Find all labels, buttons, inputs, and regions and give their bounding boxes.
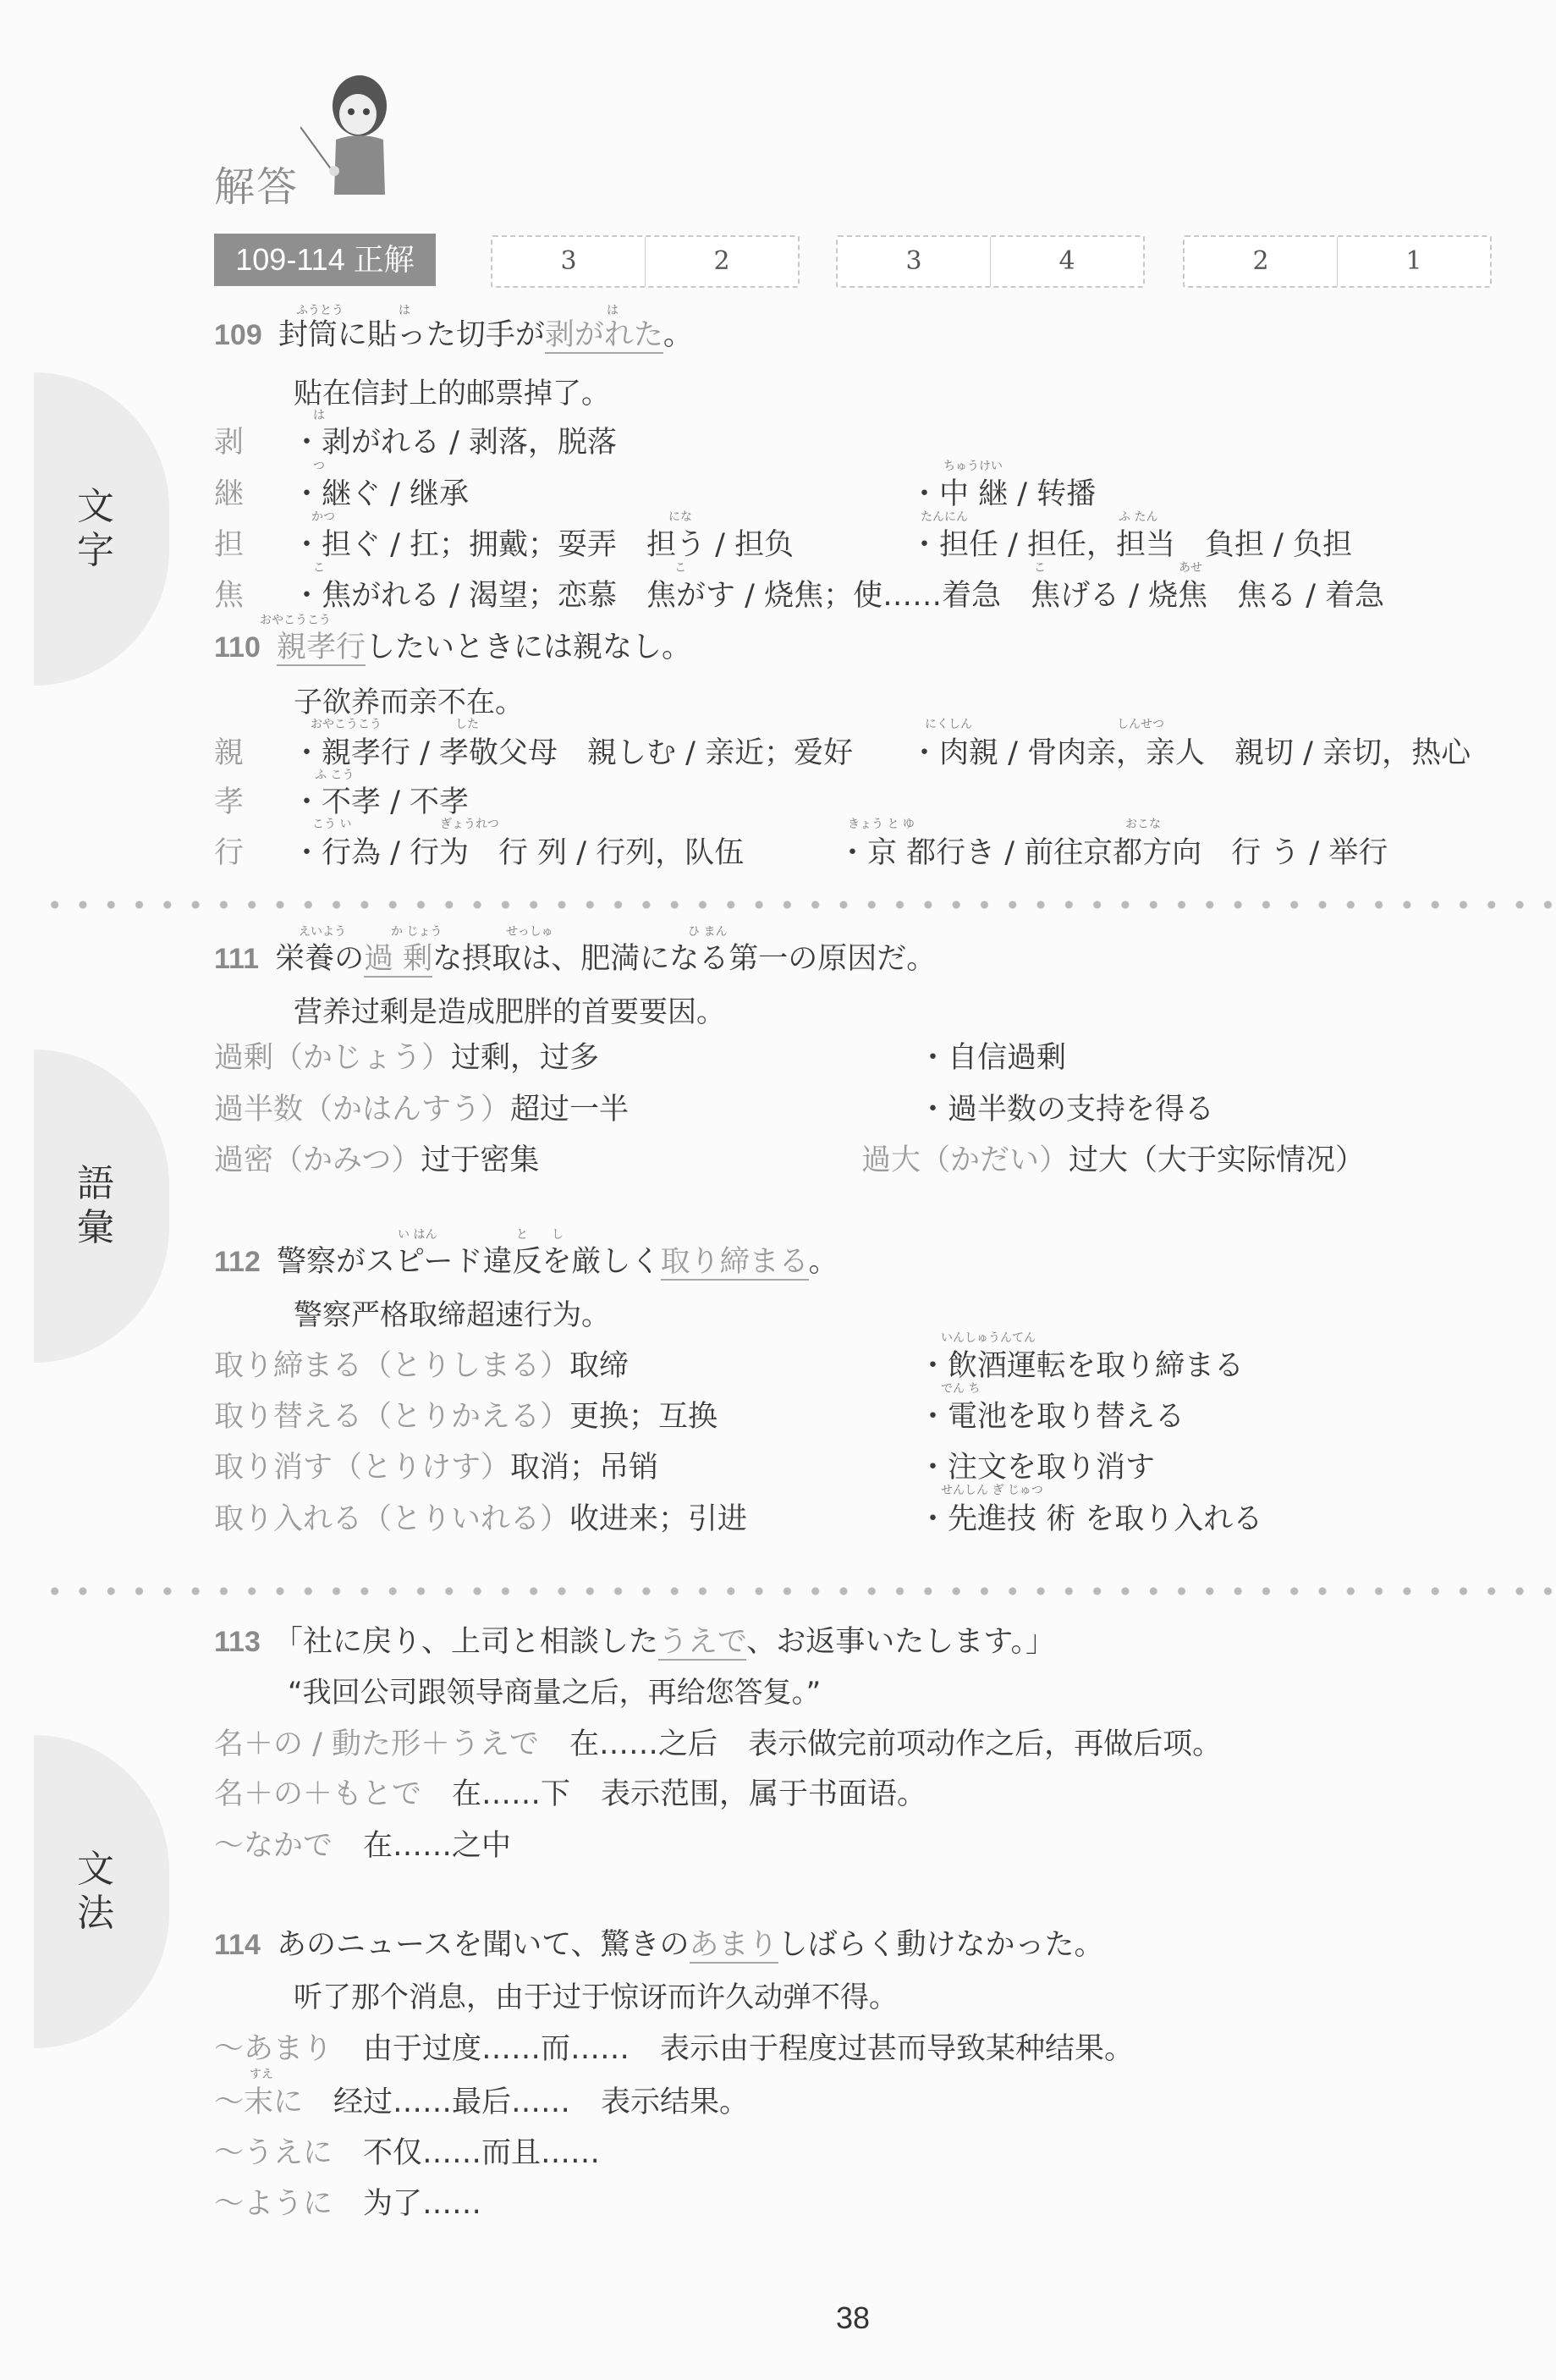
section-divider [41,1587,1556,1595]
kanji-entry: ・行為 / 行为 行 列 / 行列，队伍 [292,829,744,872]
grammar-entry: ～ように为了…… [214,2180,481,2223]
vocab-example: ・電池を取り替える [918,1393,1185,1435]
kanji-label: 孝 [214,779,244,821]
question-number: 111 [214,943,259,975]
translation-112: 警察严格取缔超速行为。 [294,1292,610,1333]
page-number: 38 [836,2300,870,2336]
vocab-example: ・先進技 術 を取り入れる [918,1496,1262,1538]
vocab-example: ・飲酒運転を取り締まる [918,1342,1244,1385]
grammar-entry: 名＋の / 動た形＋うえで在……之后表示做完前项动作之后，再做后项。 [214,1721,1222,1763]
underlined-target: うえで [658,1625,746,1661]
underlined-target: あまり [690,1928,778,1964]
kanji-label: 行 [214,829,244,872]
translation-110: 子欲养而亲不在。 [294,679,524,720]
answer-111: 3 [838,237,990,286]
translation-111: 营养过剩是造成肥胖的首要要因。 [294,989,725,1030]
answer-110: 2 [645,237,798,286]
question-112: 112 警察がスピード違反を厳しく取り締まる。 [214,1238,838,1281]
teacher-illustration-icon [300,68,402,186]
question-number: 113 [214,1626,261,1658]
question-number: 114 [214,1929,261,1961]
vocab-entry: 取り入れる（とりいれる）收进来；引进 [214,1496,747,1538]
translation-114: 听了那个消息，由于过于惊讶而许久动弹不得。 [294,1974,898,2015]
question-114: 114 あのニュースを聞いて、驚きのあまりしばらく動けなかった。 [214,1921,1104,1964]
vocab-example: ・注文を取り消す [918,1444,1155,1486]
side-tab-label: 文字 [74,485,117,573]
translation-109: 贴在信封上的邮票掉了。 [294,370,610,411]
kanji-entry: ・継ぐ / 继承 [292,471,469,513]
kanji-entry: ・中 継 / 转播 [910,471,1096,513]
vocab-entry: 過半数（かはんすう）超过一半 [214,1086,629,1128]
side-tab-label: 語彙 [74,1162,117,1250]
kanji-entry: ・親孝行 / 孝敬父母 親しむ / 亲近；爱好 [292,730,853,772]
section-divider [41,901,1556,909]
side-tab-bunpou: 文法 [34,1735,169,2048]
vocab-entry: 過密（かみつ）过于密集 [214,1137,539,1179]
kanji-entry: ・肉親 / 骨肉亲，亲人 親切 / 亲切，热心 [910,730,1471,772]
answer-113: 2 [1185,237,1337,286]
vocab-entry: 取り消す（とりけす）取消；吊销 [214,1444,658,1486]
grammar-entry: 名＋の＋もとで在……下表示范围，属于书面语。 [214,1771,926,1813]
vocab-entry: 取り締まる（とりしまる）取缔 [214,1342,629,1385]
kanji-label: 担 [214,521,244,564]
kanji-label: 継 [214,471,244,513]
vocab-entry: 過剰（かじょう）过剩，过多 [214,1034,599,1077]
question-110: 110 親孝行したいときには親なし。 [214,624,691,666]
answer-group-1: 3 2 [491,235,800,288]
vocab-example: ・過半数の支持を得る [918,1086,1214,1128]
grammar-entry: ～末に经过……最后……表示结果。 [214,2079,749,2121]
side-tab-moji: 文字 [34,372,169,686]
underlined-target: 過 剰 [364,942,432,978]
question-number: 109 [214,319,262,351]
kanji-entry: ・担ぐ / 扛；拥戴；耍弄 担う / 担负 [292,521,794,564]
question-number: 110 [214,631,261,664]
vocab-entry: 過大（かだい）过大（大于实际情况） [861,1137,1365,1179]
kanji-entry: ・剥がれる / 剥落，脱落 [292,419,617,461]
kanji-label: 焦 [214,572,244,614]
underlined-target: 取り締まる [661,1245,809,1281]
question-number: 112 [214,1246,261,1278]
question-109: 109 封筒に貼った切手が剥がれた。 [214,311,693,354]
question-113: 113 「社に戻り、上司と相談したうえで、お返事いたします。」 [214,1618,1055,1661]
grammar-entry: ～なかで在……之中 [214,1822,511,1865]
grammar-entry: ～あまり由于过度……而……表示由于程度过甚而导致某种结果。 [214,2025,1134,2068]
side-tab-goi: 語彙 [34,1050,169,1363]
answer-group-3: 2 1 [1183,235,1492,288]
underlined-target: 親孝行 [277,631,366,666]
translation-113: “我回公司跟领导商量之后，再给您答复。” [288,1669,821,1711]
underlined-target: 剥がれた [545,318,663,354]
grammar-entry: ～うえに不仅……而且…… [214,2129,600,2172]
kanji-entry: ・担任 / 担任，担当 負担 / 负担 [910,521,1352,564]
question-111: 111 栄養の過 剰な摂取は、肥満になる第一の原因だ。 [214,935,936,978]
side-tab-label: 文法 [74,1848,117,1936]
vocab-entry: 取り替える（とりかえる）更换；互换 [214,1393,718,1435]
page-title: 解答 [214,154,299,212]
answer-109: 3 [492,237,645,286]
answer-112: 4 [990,237,1143,286]
kanji-label: 剥 [214,419,244,461]
answer-114: 1 [1337,237,1490,286]
answer-group-2: 3 4 [836,235,1145,288]
kanji-entry: ・焦がれる / 渴望；恋慕 焦がす / 烧焦；使……着急 焦げる / 烧焦 焦る… [292,572,1384,614]
answer-range-label: 109-114 正解 [214,234,436,286]
kanji-entry: ・京 都行き / 前往京都方向 行 う / 举行 [838,829,1388,872]
vocab-example: ・自信過剰 [918,1034,1066,1077]
kanji-label: 親 [214,730,244,772]
